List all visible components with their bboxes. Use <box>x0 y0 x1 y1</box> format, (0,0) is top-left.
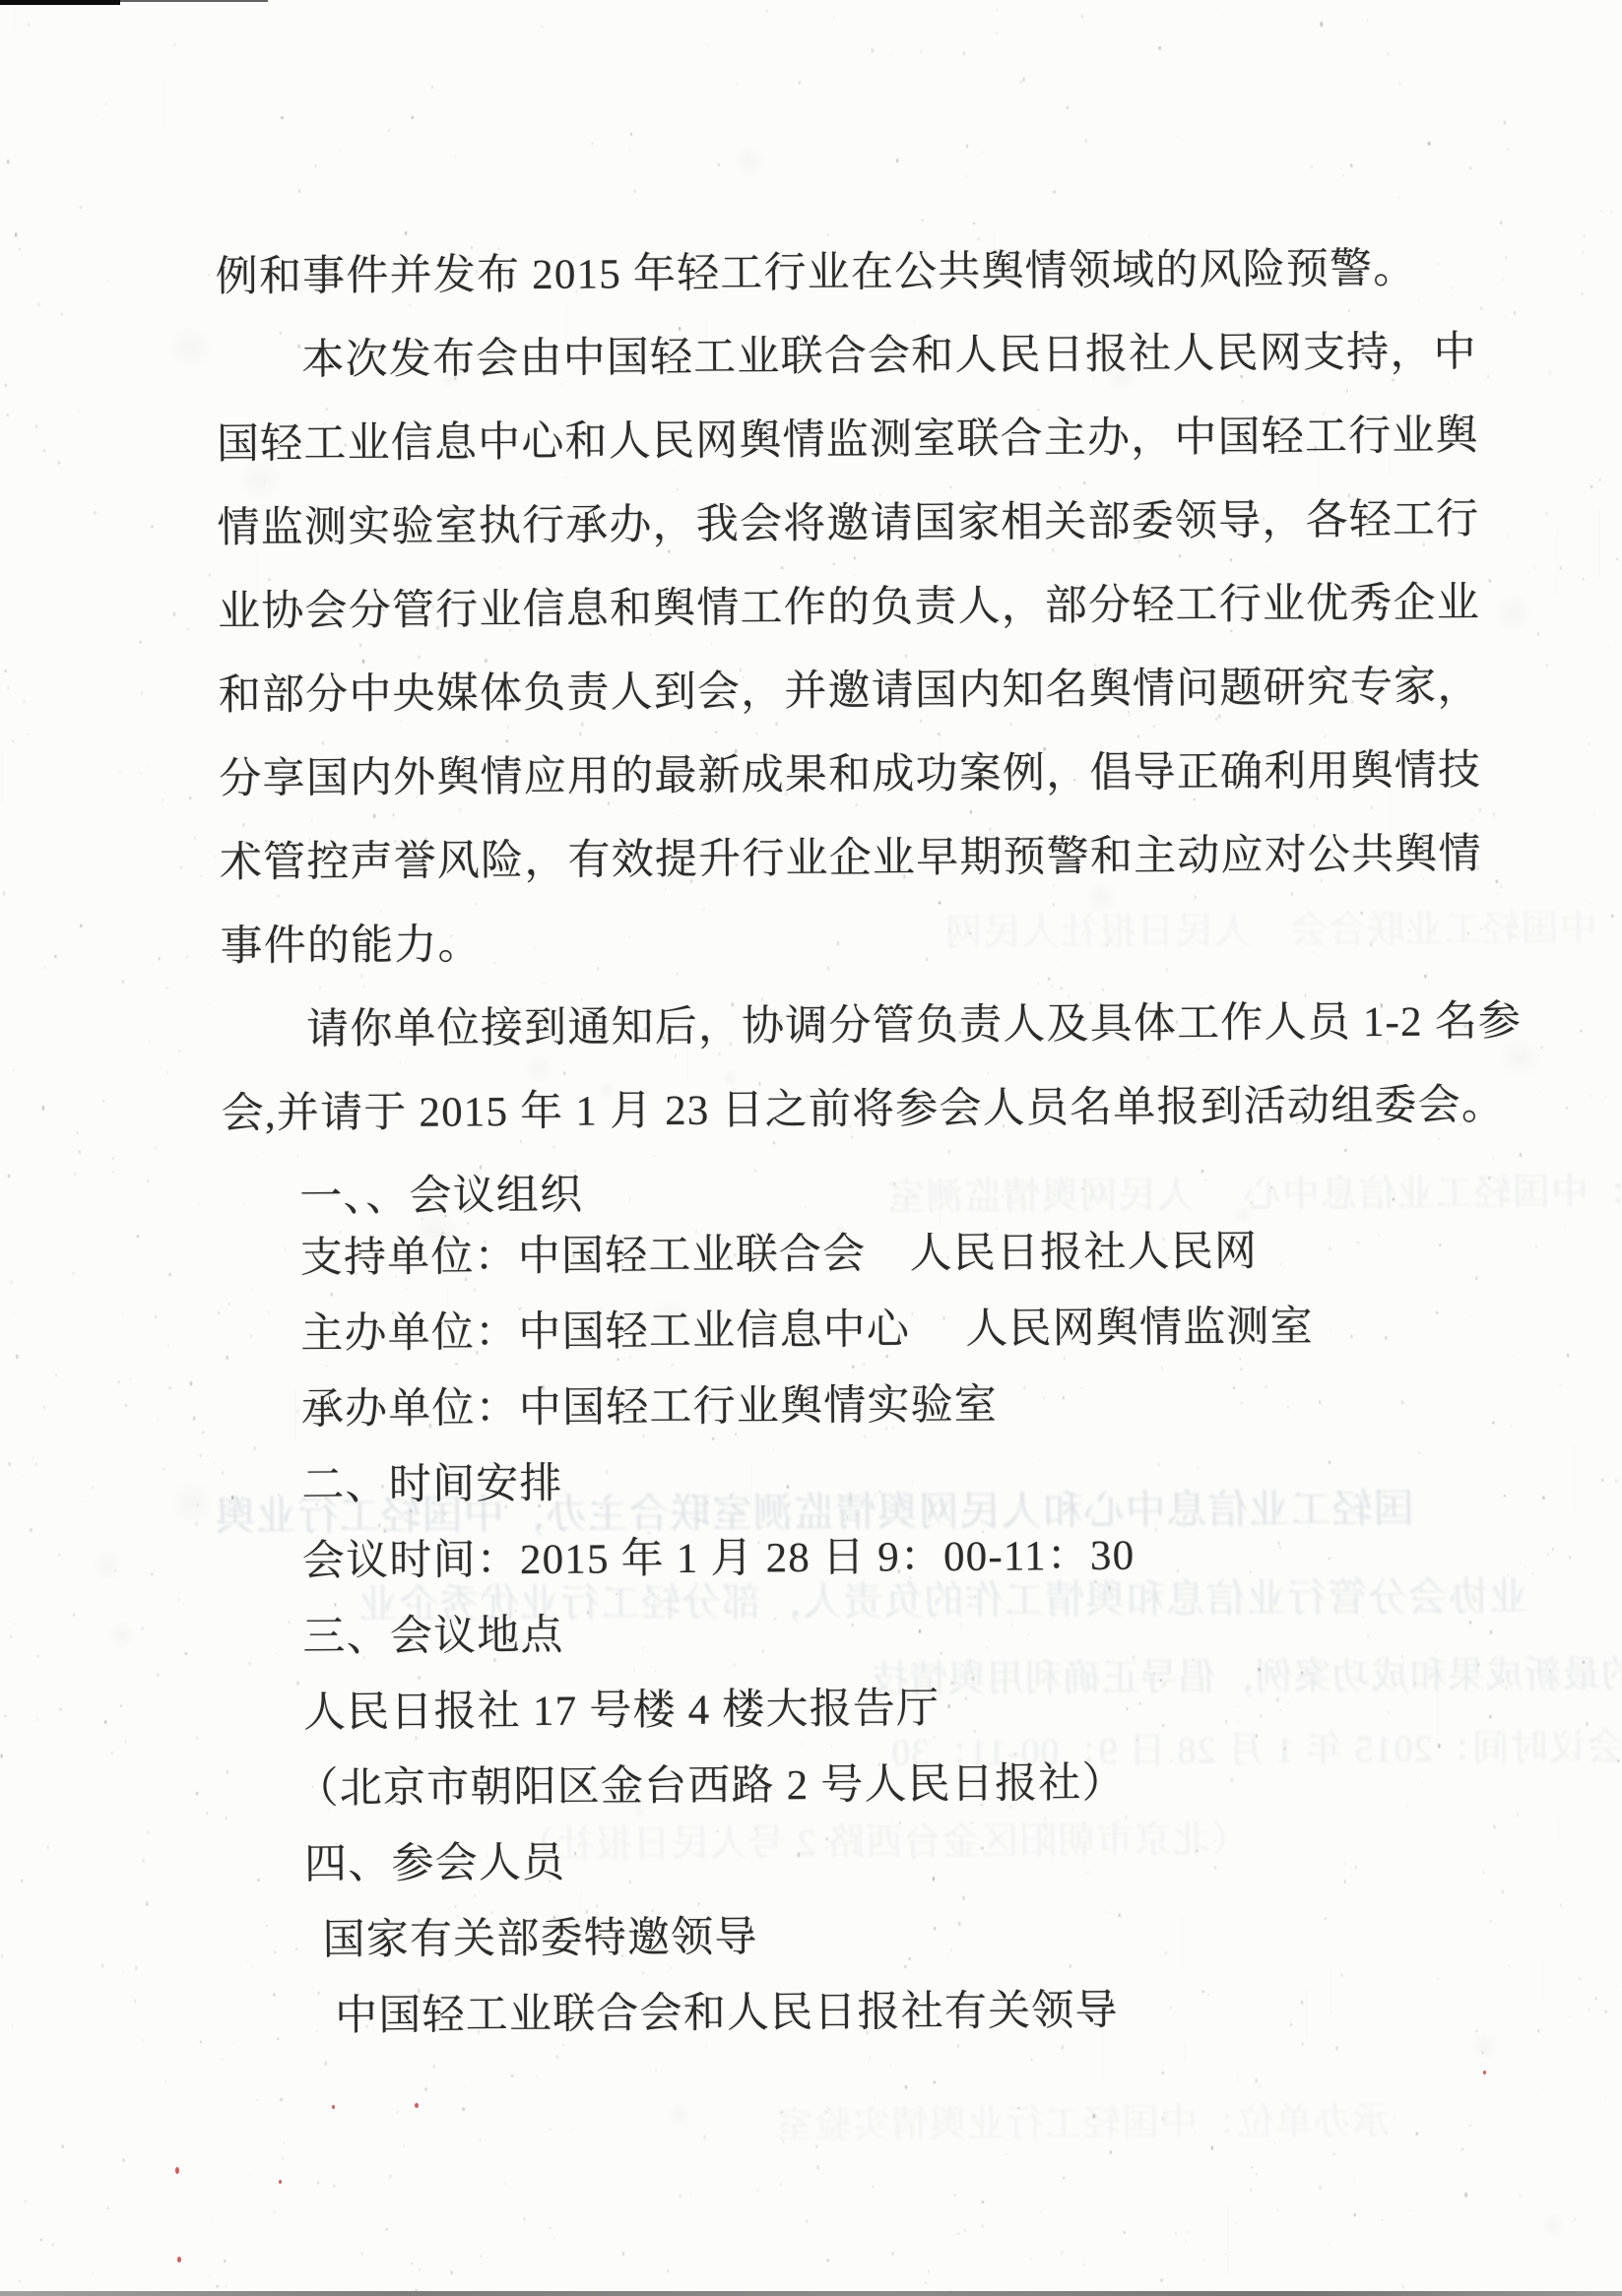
scan-edge-line-bottom <box>0 2291 1622 2296</box>
red-ink-fleck <box>175 2167 179 2174</box>
red-ink-fleck <box>332 2105 335 2109</box>
scan-edge-line-top <box>120 0 268 2</box>
scan-artifact-layer <box>0 0 1622 2296</box>
red-ink-fleck <box>177 2257 181 2263</box>
scanned-document-page: 国轻工业信息中心和人民网舆情监测室联合主办，中国轻工行业舆业协会分管行业信息和舆… <box>0 0 1622 2296</box>
red-ink-fleck <box>415 2103 419 2108</box>
red-ink-fleck <box>279 2180 282 2184</box>
scan-edge-mark-top-left <box>0 0 120 5</box>
red-ink-fleck <box>1483 2071 1486 2074</box>
